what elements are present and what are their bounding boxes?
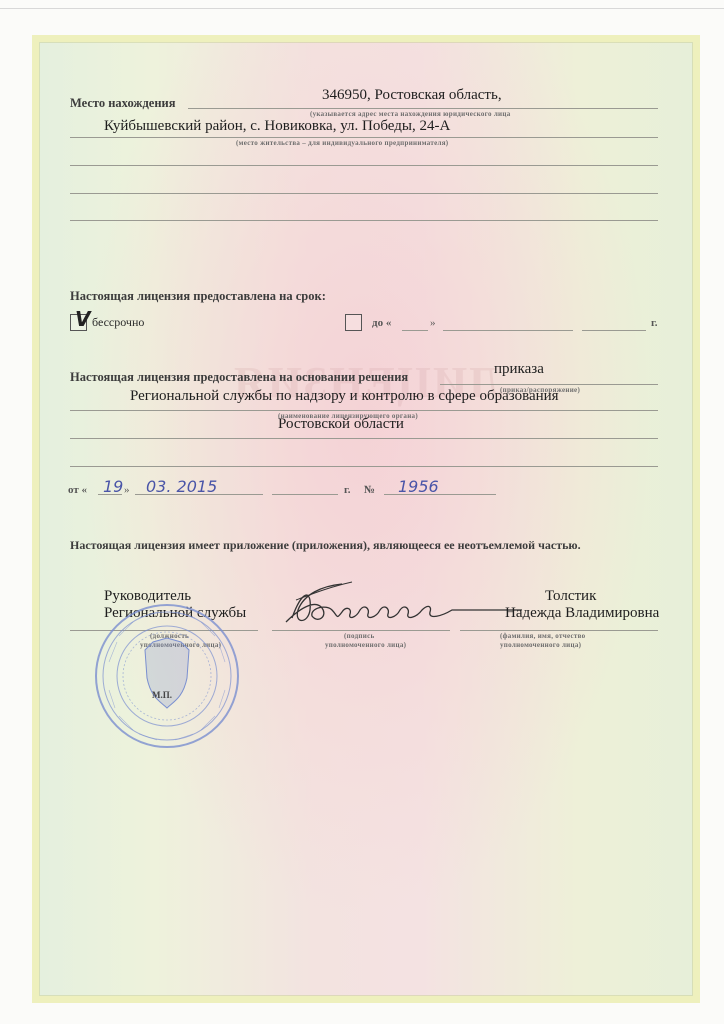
sheet-edge — [0, 8, 724, 9]
underline — [440, 384, 658, 385]
underline — [70, 438, 658, 439]
location-hint2: (место жительства – для индивидуального … — [236, 139, 448, 147]
signatory-surname: Толстик — [545, 588, 596, 605]
location-line1: 346950, Ростовская область, — [322, 87, 502, 104]
until-close: » — [430, 317, 436, 329]
date-year-suffix: г. — [344, 484, 351, 496]
underline — [460, 630, 658, 631]
until-day-line — [402, 330, 428, 331]
until-month-line — [443, 330, 573, 331]
until-year-line — [582, 330, 646, 331]
blank-line — [70, 165, 658, 166]
blank-line — [70, 193, 658, 194]
underline — [188, 108, 658, 109]
until-year-suffix: г. — [651, 317, 658, 329]
signature — [282, 580, 522, 630]
appendix-note: Настоящая лицензия имеет приложение (при… — [70, 538, 581, 553]
until-checkbox[interactable] — [345, 314, 362, 331]
underline — [70, 410, 658, 411]
date-mid: » — [124, 484, 130, 496]
day-line — [98, 494, 122, 495]
authority-line2: Ростовской области — [278, 416, 404, 433]
term-label: Настоящая лицензия предоставлена на срок… — [70, 289, 326, 304]
official-stamp — [93, 602, 241, 750]
check-mark-icon: V — [75, 307, 90, 331]
signatory-name: Надежда Владимировна — [505, 605, 659, 622]
until-label: до « — [372, 317, 391, 329]
blank-line — [70, 466, 658, 467]
location-label: Место нахождения — [70, 96, 176, 111]
authority-line1: Региональной службы по надзору и контрол… — [130, 388, 559, 405]
stamp-label: М.П. — [152, 690, 172, 700]
decision-type: приказа — [494, 361, 544, 378]
signature-hint1: (подпись — [344, 632, 374, 640]
number-line — [384, 494, 496, 495]
name-hint2: уполномоченного лица) — [500, 641, 581, 649]
month-line — [135, 494, 263, 495]
number-sign: № — [364, 484, 375, 496]
location-hint1: (указывается адрес места нахождения юрид… — [310, 110, 511, 118]
name-hint1: (фамилия, имя, отчество — [500, 632, 585, 640]
blank-line — [70, 220, 658, 221]
year-line — [272, 494, 338, 495]
unlimited-label: бессрочно — [92, 315, 144, 330]
basis-label: Настоящая лицензия предоставлена на осно… — [70, 370, 408, 385]
location-line2: Куйбышевский район, с. Новиковка, ул. По… — [104, 118, 450, 135]
license-blank: ЛИЦЕНЗИЯ — [32, 35, 700, 1003]
signature-hint2: уполномоченного лица) — [325, 641, 406, 649]
date-prefix: от « — [68, 484, 87, 496]
underline — [272, 630, 450, 631]
underline — [70, 137, 658, 138]
